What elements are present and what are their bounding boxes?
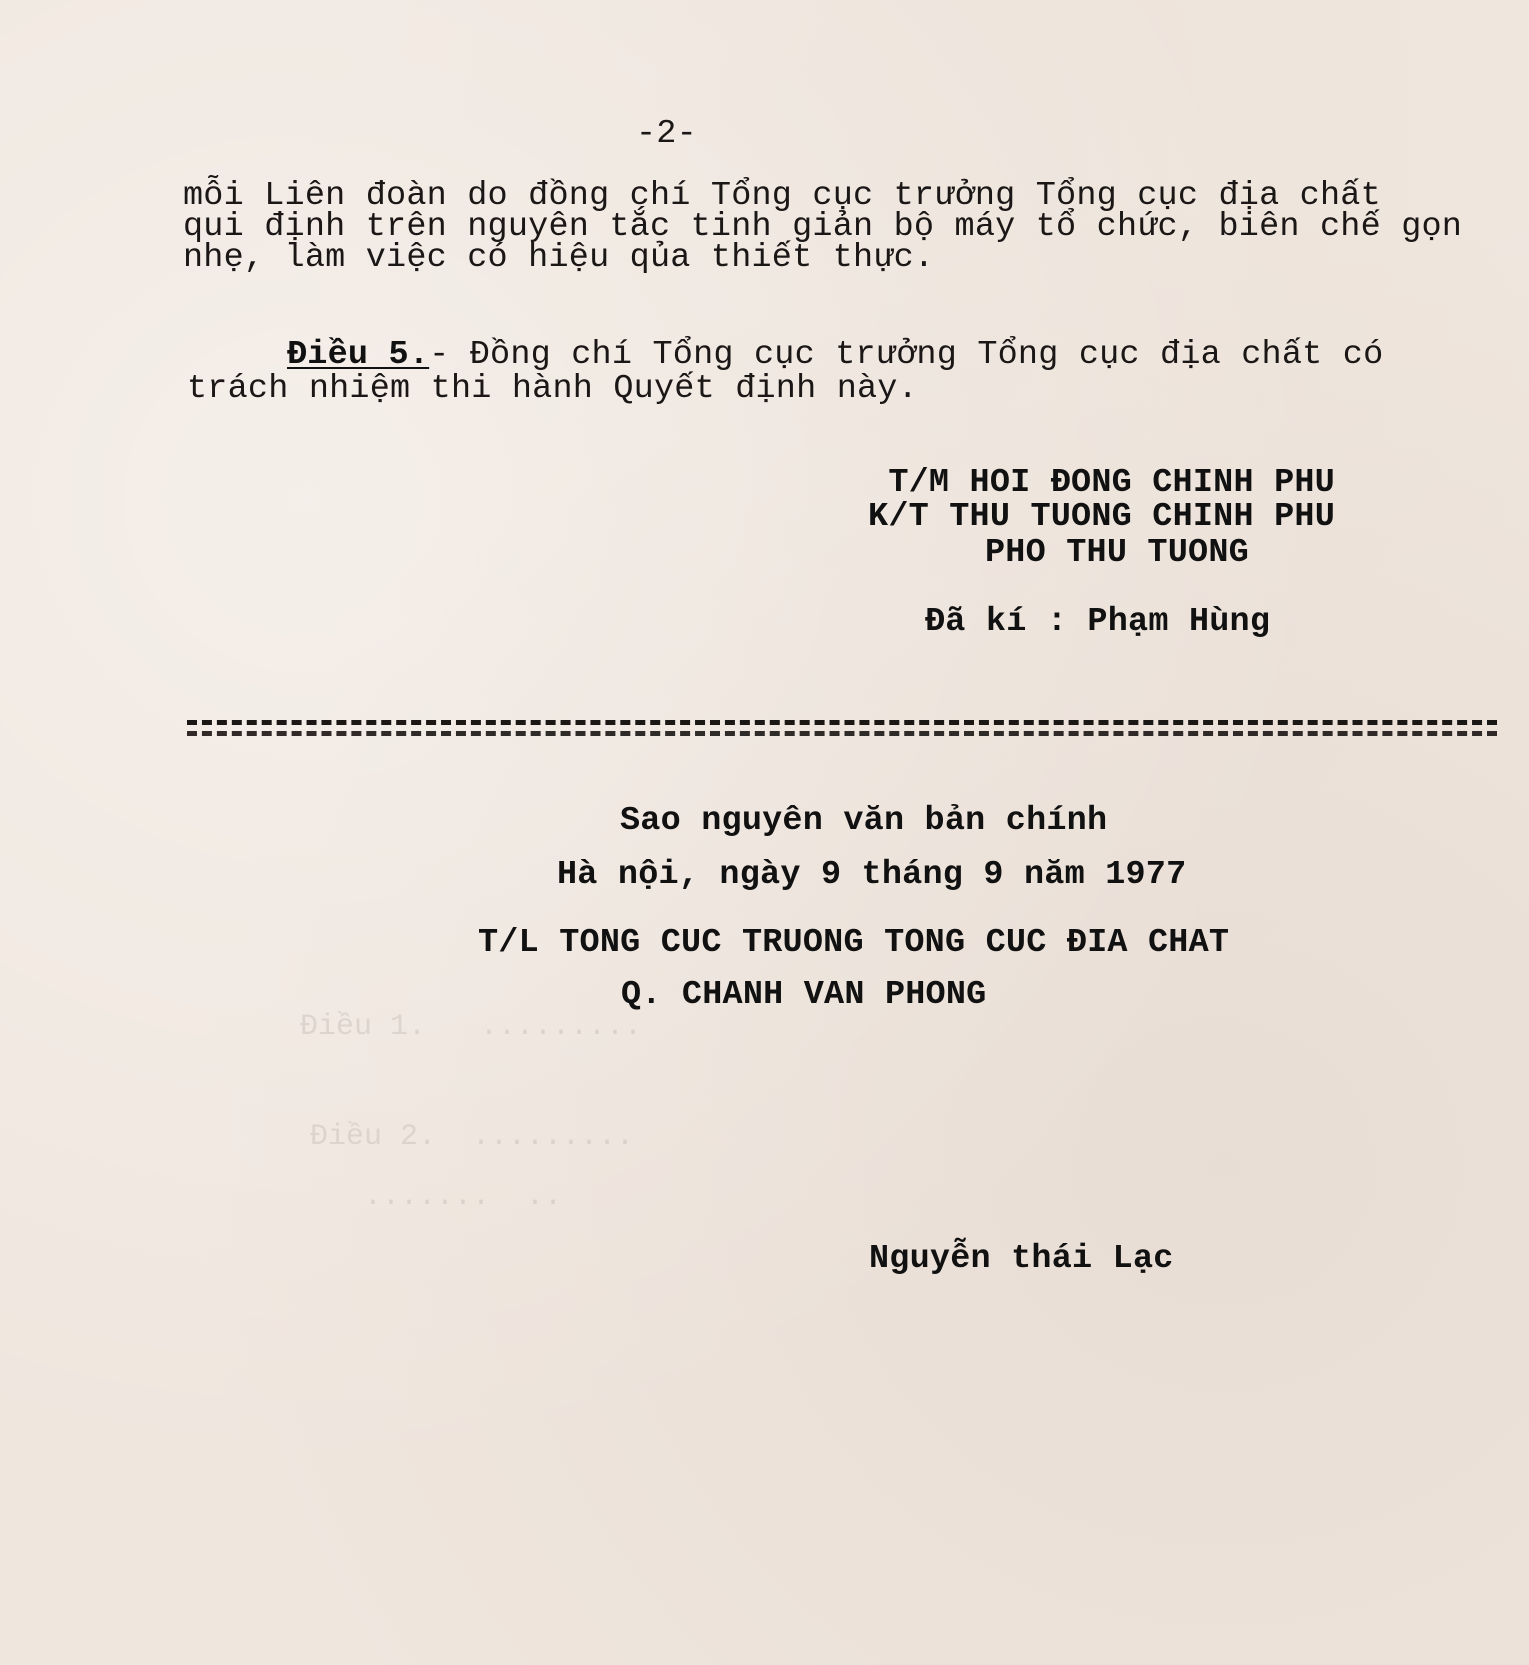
separator-line (187, 720, 1497, 725)
article-5-text: - Đồng chí Tổng cục trưởng Tổng cục địa … (429, 336, 1383, 374)
article-5-line-1: Điều 5.- Đồng chí Tổng cục trưởng Tổng c… (287, 339, 1383, 373)
bleed-through-text: Điều 2. ......... (310, 1120, 634, 1154)
authority-line: T/L TONG CUC TRUONG TONG CUC ĐIA CHAT (478, 927, 1229, 961)
article-5-line-2: trách nhiệm thi hành Quyết định này. (187, 373, 918, 407)
bleed-through-text: ....... .. (310, 1180, 562, 1214)
signature-block-line: T/M HOI ĐONG CHINH PHU (888, 467, 1335, 501)
separator-line (187, 731, 1497, 736)
svg-text:Đ I: Đ I (895, 1023, 949, 1067)
body-line: nhẹ, làm việc có hiệu qủa thiết thực. (183, 242, 934, 276)
article-5-label: Điều 5. (287, 336, 429, 374)
copy-title: Sao nguyên văn bản chính (620, 805, 1107, 839)
stamp-text: C Ụ C (727, 1033, 810, 1093)
signature-block-line: PHO THU TUONG (985, 537, 1249, 571)
signer-name: Nguyễn thái Lạc (869, 1243, 1174, 1277)
signature-block-line: K/T THU TUONG CHINH PHU (868, 501, 1335, 535)
page-number: -2- (636, 118, 697, 152)
bleed-through-text: Điều 1. ......... (300, 1010, 642, 1044)
signed-by: Đã kí : Phạm Hùng (925, 606, 1270, 640)
position-line: Q. CHANH VAN PHONG (621, 979, 986, 1013)
place-date: Hà nội, ngày 9 tháng 9 năm 1977 (557, 859, 1186, 893)
